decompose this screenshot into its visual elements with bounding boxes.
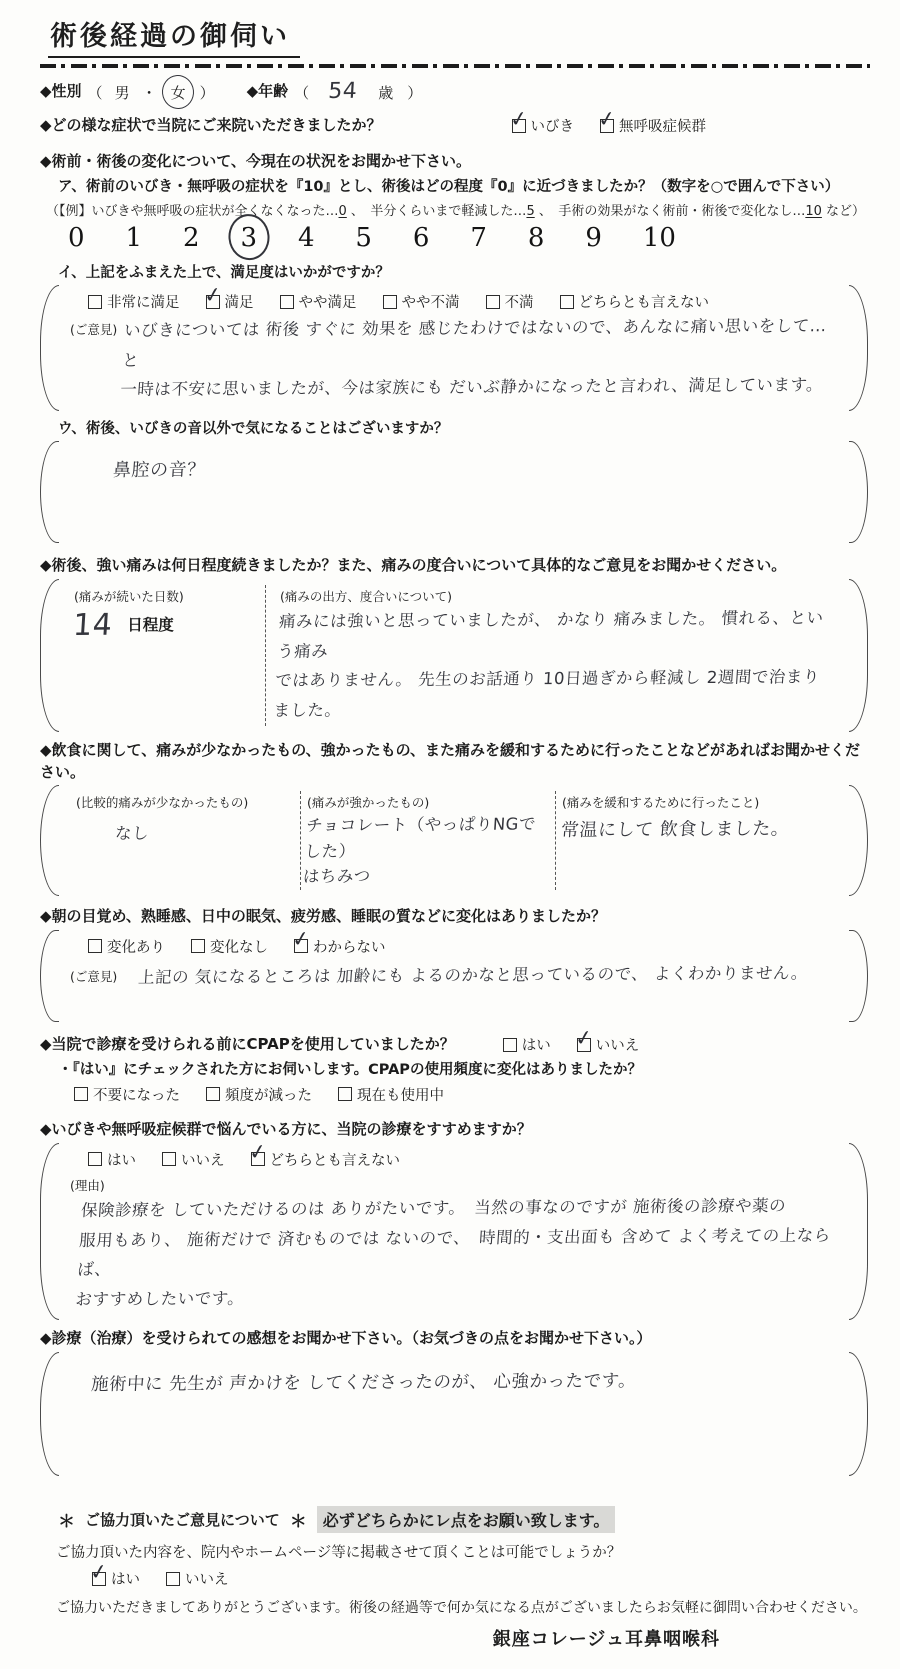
other-concern-answer-handwritten: 鼻腔の音？: [112, 455, 207, 488]
recommend-reason-handwritten: 保険診療を していただけるのは ありがたいです。 当然の事なのですが 施術後の診…: [75, 1190, 835, 1314]
checkbox-icon[interactable]: [88, 295, 102, 309]
checkbox-option[interactable]: わからない: [294, 936, 386, 957]
checkbox-option[interactable]: 現在も使用中: [338, 1084, 444, 1105]
publish-checkbox-group: はいいいえ: [40, 1568, 870, 1589]
scale-number[interactable]: 10: [643, 223, 676, 253]
checkbox-label: わからない: [313, 936, 386, 957]
checkbox-option[interactable]: 不要になった: [74, 1084, 180, 1105]
recommend-answer-box: はいいいえどちらとも言えない (理由) 保険診療を していただけるのは ありがた…: [40, 1143, 868, 1321]
checkbox-label: いいえ: [596, 1034, 640, 1055]
satisfaction-comment-handwritten: いびきについては 術後 すぐに 効果を 感じたわけではないので、あんなに痛い思い…: [120, 311, 835, 405]
checkbox-icon[interactable]: [88, 1152, 102, 1166]
footer-note-row: ＊ ご協力頂いたご意見について ＊ 必ずどちらかにレ点をお願い致します。: [58, 1506, 870, 1533]
food-col-more-pain-header: (痛みが強かったもの): [307, 793, 547, 811]
checkbox-icon[interactable]: [280, 295, 294, 309]
checkbox-label: やや満足: [299, 291, 357, 312]
satisfaction-checkbox-group: 非常に満足満足やや満足やや不満不満どちらとも言えない: [70, 291, 834, 312]
gender-option-female-circled[interactable]: 女: [163, 82, 194, 103]
checkbox-label: 無呼吸症候群: [619, 115, 706, 136]
checkbox-option[interactable]: 変化あり: [88, 936, 165, 957]
age-label: ◆年齢: [247, 81, 289, 103]
checkbox-label: 不要になった: [93, 1084, 180, 1105]
checkbox-icon[interactable]: [88, 939, 102, 953]
scale-number-circled[interactable]: 3: [240, 223, 257, 253]
food-col-less-pain-header: (比較的痛みが少なかったもの): [76, 793, 292, 811]
checkbox-label: 頻度が減った: [225, 1084, 312, 1105]
scale-number[interactable]: 9: [585, 223, 602, 253]
gender-option-male[interactable]: 男: [109, 82, 136, 103]
pain-detail-column: (痛みの出方、度合いについて) 痛みには強いと思っていましたが、 かなり 痛みま…: [265, 585, 834, 726]
checkbox-label: 不満: [505, 291, 534, 312]
gender-paren-open: （: [88, 82, 103, 103]
rating-scale: 012345678910: [40, 223, 676, 253]
checkbox-option[interactable]: はい: [88, 1149, 136, 1170]
satisfaction-answer-box: 非常に満足満足やや満足やや不満不満どちらとも言えない (ご意見) いびきについて…: [40, 285, 868, 411]
age-value-handwritten: 54: [328, 81, 358, 103]
cpap-question: ◆当院で診療を受けられる前にCPAPを使用していましたか？: [40, 1034, 455, 1056]
checkbox-option[interactable]: 非常に満足: [88, 291, 180, 312]
checkbox-label: はい: [111, 1568, 140, 1589]
checkbox-label: いいえ: [181, 1149, 225, 1170]
pain-days-column: (痛みが続いた日数) 14 日程度: [70, 585, 265, 726]
scale-number[interactable]: 8: [528, 223, 545, 253]
checkbox-icon[interactable]: [206, 1087, 220, 1101]
checkbox-option[interactable]: やや満足: [280, 291, 357, 312]
gender-separator: ・: [142, 82, 157, 103]
sleep-comment-label: (ご意見): [70, 967, 117, 985]
food-col-relief-header: (痛みを緩和するために行ったこと): [562, 793, 826, 811]
change-heading: ◆術前・術後の変化について、今現在の状況をお聞かせ下さい。: [40, 151, 870, 173]
checkbox-option[interactable]: いいえ: [577, 1034, 640, 1055]
checkbox-checked-icon[interactable]: [512, 119, 526, 133]
footer-note-emphasis: 必ずどちらかにレ点をお願い致します。: [317, 1506, 616, 1533]
gender-label: ◆性別: [40, 81, 82, 103]
checkbox-option[interactable]: いびき: [512, 115, 575, 136]
checkbox-checked-icon[interactable]: [600, 119, 614, 133]
cpap-followup-checkbox-group: 不要になった頻度が減った現在も使用中: [40, 1084, 870, 1105]
dash-dot-divider: [40, 64, 870, 68]
other-concern-answer-box: 鼻腔の音？: [40, 441, 868, 543]
footer-note-label: ご協力頂いたご意見について: [85, 1509, 280, 1530]
checkbox-icon[interactable]: [383, 295, 397, 309]
cpap-row: ◆当院で診療を受けられる前にCPAPを使用していましたか？ はいいいえ: [40, 1034, 870, 1056]
recommend-checkbox-group: はいいいえどちらとも言えない: [70, 1149, 834, 1170]
profile-row: ◆性別 （ 男 ・ 女 ） ◆年齢 （ 54 歳 ）: [40, 81, 870, 103]
scale-number[interactable]: 1: [125, 223, 142, 253]
footer-thanks: ご協力いただきましてありがとうございます。術後の経過等で何か気になる点がございま…: [56, 1597, 870, 1617]
page-title: 術後経過の御伺い: [48, 14, 300, 58]
checkbox-option[interactable]: いいえ: [162, 1149, 225, 1170]
cpap-followup-question: ・『はい』にチェックされた方にお伺いします。CPAPの使用頻度に変化はありました…: [58, 1060, 870, 1080]
checkbox-checked-icon[interactable]: [92, 1572, 106, 1586]
checkbox-option[interactable]: 変化なし: [191, 936, 268, 957]
checkbox-icon[interactable]: [162, 1152, 176, 1166]
checkbox-option[interactable]: はい: [92, 1568, 140, 1589]
pain-days-unit: 日程度: [127, 615, 174, 637]
age-unit: 歳: [378, 82, 393, 103]
checkbox-label: 現在も使用中: [357, 1084, 444, 1105]
scale-number[interactable]: 7: [470, 223, 487, 253]
pain-question: ◆術後、強い痛みは何日程度続きましたか？また、痛みの度合いについて具体的なご意見…: [40, 555, 870, 577]
age-paren-close: ）: [407, 82, 422, 103]
pain-days-value-handwritten: 14: [72, 611, 113, 641]
checkbox-label: はい: [107, 1149, 136, 1170]
pain-answer-box: (痛みが続いた日数) 14 日程度 (痛みの出方、度合いについて) 痛みには強い…: [40, 579, 868, 732]
food-question: ◆飲食に関して、痛みが少なかったもの、強かったもの、また痛みを緩和するために行っ…: [40, 740, 870, 784]
satisfaction-question: イ、上記をふまえた上で、満足度はいかがですか？: [58, 263, 870, 283]
symptom-row: ◆どの様な症状で当院にご来院いただきましたか？ いびき無呼吸症候群: [40, 115, 870, 137]
food-answer-box: (比較的痛みが少なかったもの) なし (痛みが強かったもの) チョコレート（やっ…: [40, 785, 868, 896]
checkbox-icon[interactable]: [503, 1038, 517, 1052]
scale-number[interactable]: 0: [68, 223, 85, 253]
pain-detail-handwritten: 痛みには強いと思っていましたが、 かなり 痛みました。 慣れる、という痛み では…: [273, 603, 831, 726]
checkbox-checked-icon[interactable]: [206, 295, 220, 309]
checkbox-checked-icon[interactable]: [294, 939, 308, 953]
symptom-checkbox-group: いびき無呼吸症候群: [512, 115, 733, 136]
checkbox-option[interactable]: 頻度が減った: [206, 1084, 312, 1105]
scale-number[interactable]: 5: [355, 223, 372, 253]
sleep-answer-box: 変化あり変化なしわからない (ご意見) 上記の 気になるところは 加齢にも よる…: [40, 930, 868, 1022]
comment-label: (ご意見): [70, 320, 117, 338]
food-col-relief: (痛みを緩和するために行ったこと) 常温にして 飲食しました。: [555, 791, 834, 890]
pain-detail-label: (痛みの出方、度合いについて): [280, 587, 830, 605]
checkbox-option[interactable]: はい: [503, 1034, 551, 1055]
other-concern-question: ウ、術後、いびきの音以外で気になることはございますか？: [58, 419, 870, 439]
checkbox-option[interactable]: いいえ: [166, 1568, 229, 1589]
gender-paren-close: ）: [200, 82, 215, 103]
checkbox-label: 変化あり: [107, 936, 165, 957]
pain-days-label: (痛みが続いた日数): [74, 587, 259, 605]
checkbox-label: いいえ: [185, 1568, 229, 1589]
scale-number[interactable]: 2: [183, 223, 200, 253]
checkbox-checked-icon[interactable]: [251, 1152, 265, 1166]
food-col-more-pain: (痛みが強かったもの) チョコレート（やっぱりNGでした） はちみつ: [300, 791, 555, 890]
scale-number[interactable]: 6: [413, 223, 430, 253]
age-paren-open: （: [294, 82, 309, 103]
impression-question: ◆診療（治療）を受けられての感想をお聞かせ下さい。（お気づきの点をお聞かせ下さい…: [40, 1328, 870, 1350]
symptom-question: ◆どの様な症状で当院にご来院いただきましたか？: [40, 115, 382, 137]
checkbox-option[interactable]: 無呼吸症候群: [600, 115, 706, 136]
checkbox-icon[interactable]: [74, 1087, 88, 1101]
checkbox-label: 満足: [225, 291, 254, 312]
checkbox-label: どちらとも言えない: [579, 291, 710, 312]
checkbox-label: いびき: [531, 115, 575, 136]
checkbox-label: 非常に満足: [107, 291, 180, 312]
sleep-checkbox-group: 変化あり変化なしわからない: [70, 936, 834, 957]
checkbox-option[interactable]: 満足: [206, 291, 254, 312]
scale-question: ア、術前のいびき・無呼吸の症状を『10』とし、術後はどの程度『0』に近づきました…: [58, 177, 870, 197]
checkbox-icon[interactable]: [560, 295, 574, 309]
checkbox-label: やや不満: [402, 291, 460, 312]
clinic-name: 銀座コレージュ耳鼻咽喉科: [40, 1625, 870, 1651]
food-col-less-pain-answer-handwritten: なし: [114, 819, 150, 849]
publish-question: ご協力頂いた内容を、院内やホームページ等に掲載させて頂くことは可能でしょうか？: [56, 1541, 870, 1562]
checkbox-option[interactable]: 不満: [486, 291, 534, 312]
cpap-checkbox-group: はいいいえ: [503, 1034, 666, 1055]
survey-form-page: 術後経過の御伺い ◆性別 （ 男 ・ 女 ） ◆年齢 （ 54 歳 ） ◆どの様…: [0, 0, 900, 1669]
asterisk-icon: ＊: [58, 1507, 75, 1532]
scale-number[interactable]: 4: [298, 223, 315, 253]
food-col-more-pain-answer-handwritten: チョコレート（やっぱりNGでした） はちみつ: [302, 812, 547, 890]
checkbox-icon[interactable]: [486, 295, 500, 309]
sleep-comment-handwritten: 上記の 気になるところは 加齢にも よるのかなと思っているので、 よくわかりませ…: [137, 958, 809, 992]
impression-answer-handwritten: 施術中に 先生が 声かけを してくださったのが、 心強かったです。: [90, 1366, 637, 1401]
food-col-relief-answer-handwritten: 常温にして 飲食しました。: [560, 814, 790, 848]
food-col-less-pain: (比較的痛みが少なかったもの) なし: [70, 791, 300, 890]
checkbox-label: 変化なし: [210, 936, 268, 957]
checkbox-option[interactable]: やや不満: [383, 291, 460, 312]
impression-answer-box: 施術中に 先生が 声かけを してくださったのが、 心強かったです。: [40, 1352, 868, 1476]
checkbox-label: はい: [522, 1034, 551, 1055]
checkbox-icon[interactable]: [191, 939, 205, 953]
checkbox-label: どちらとも言えない: [270, 1149, 401, 1170]
recommend-question: ◆いびきや無呼吸症候群で悩んでいる方に、当院の診療をすすめますか？: [40, 1119, 870, 1141]
sleep-question: ◆朝の目覚め、熟睡感、日中の眠気、疲労感、睡眠の質などに変化はありましたか？: [40, 906, 870, 928]
checkbox-checked-icon[interactable]: [577, 1038, 591, 1052]
asterisk-icon: ＊: [290, 1507, 307, 1532]
checkbox-option[interactable]: どちらとも言えない: [560, 291, 710, 312]
checkbox-icon[interactable]: [338, 1087, 352, 1101]
scale-example: （【例】いびきや無呼吸の症状が全くなくなった…0 、 半分くらいまで軽減した…5…: [46, 200, 870, 219]
checkbox-option[interactable]: どちらとも言えない: [251, 1149, 401, 1170]
checkbox-icon[interactable]: [166, 1572, 180, 1586]
